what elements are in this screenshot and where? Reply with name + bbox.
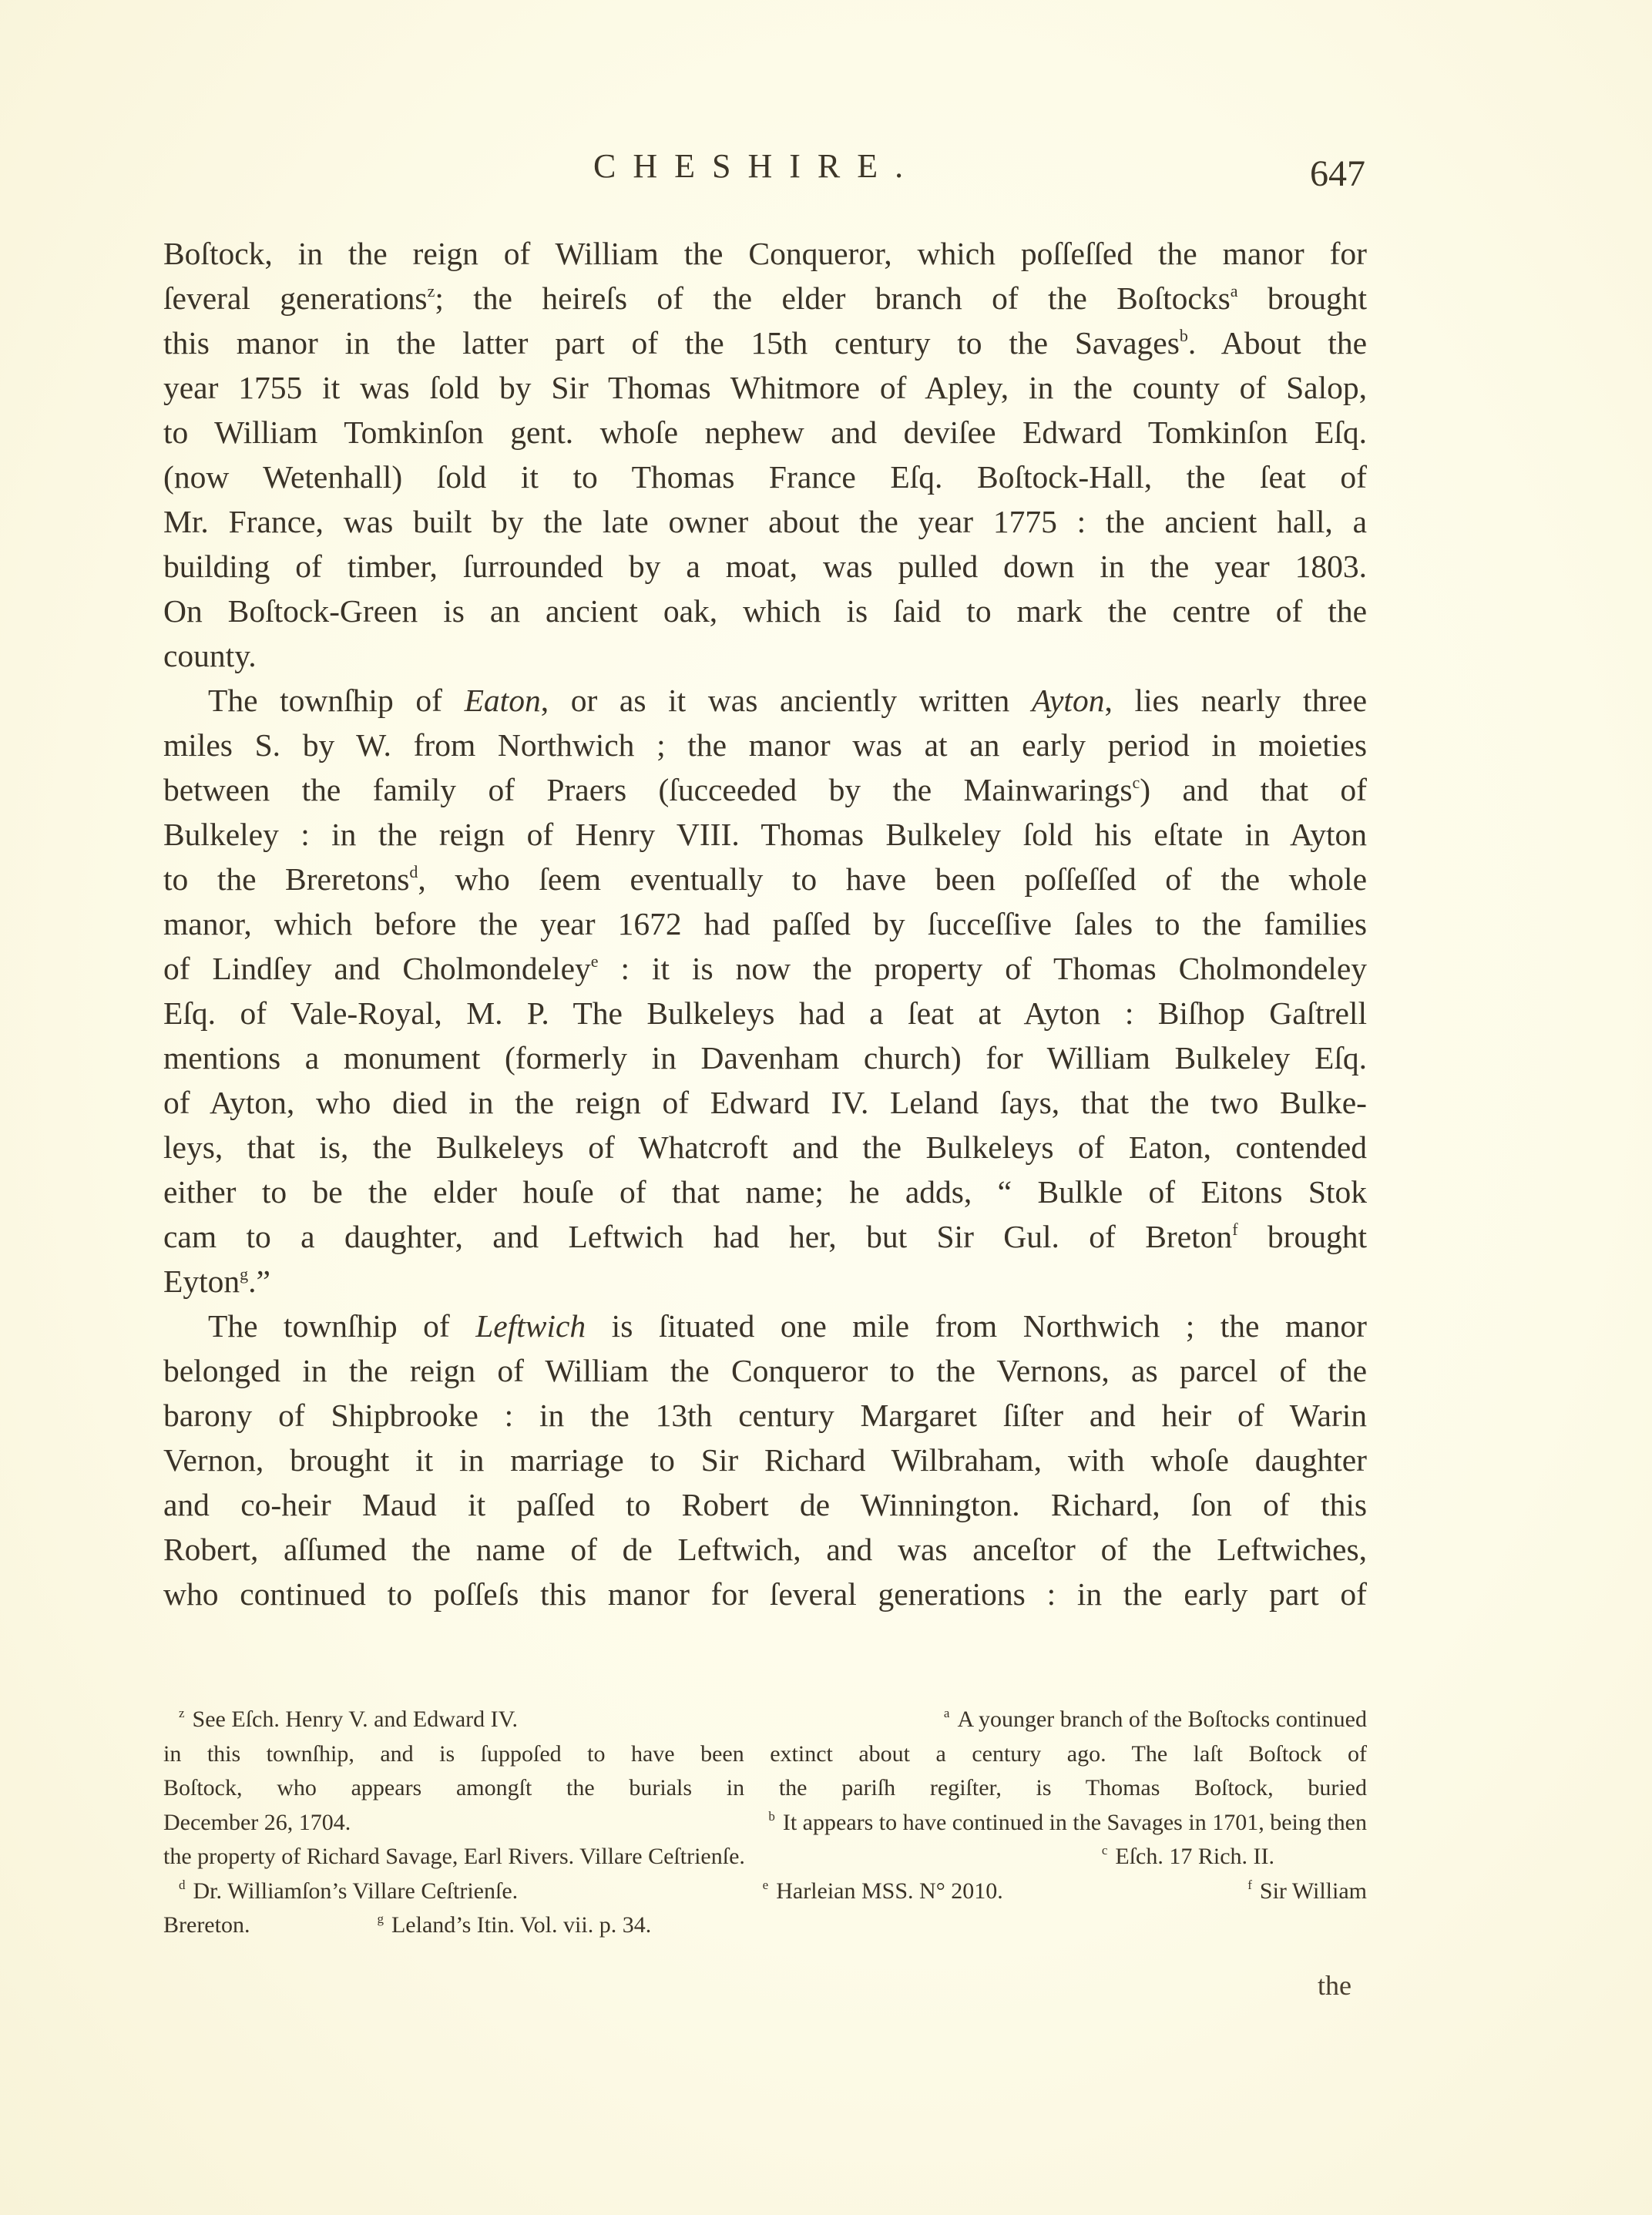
footnote-line: Boſtock, who appears amongſt the burials… — [163, 1771, 1367, 1806]
footnote-marker-b[interactable]: b — [1180, 326, 1188, 345]
paragraph-eaton: The townſhip of Eaton, or as it was anci… — [163, 678, 1367, 1304]
text-line: Bulkeley : in the reign of Henry VIII. T… — [163, 812, 1367, 857]
place-name-eaton: Eaton — [465, 683, 541, 718]
text-line: (now Wetenhall) ſold it to Thomas France… — [163, 455, 1367, 499]
running-title: CHESHIRE. — [593, 146, 920, 186]
text-line: miles S. by W. from Northwich ; the mano… — [163, 723, 1367, 767]
text-line: Eſq. of Vale-Royal, M. P. The Bulkeleys … — [163, 991, 1367, 1035]
footnote-marker-d[interactable]: d — [409, 862, 418, 881]
footnote-line: in this townſhip, and is ſuppoſed to hav… — [163, 1737, 1367, 1772]
footnote-marker-g[interactable]: g — [240, 1264, 248, 1284]
main-text: Boſtock, in the reign of William the Con… — [163, 231, 1367, 1616]
text-line: to the Breretonsd, who ſeem eventually t… — [163, 857, 1367, 901]
text-line: and co-heir Maud it paſſed to Robert de … — [163, 1482, 1367, 1527]
footnote-line: December 26, 1704. bIt appears to have c… — [163, 1806, 1367, 1841]
page-header: CHESHIRE. 647 — [0, 146, 1652, 208]
footnote-marker-a[interactable]: a — [1231, 281, 1238, 300]
book-page: CHESHIRE. 647 Boſtock, in the reign of W… — [0, 0, 1652, 2215]
text-line: Vernon, brought it in marriage to Sir Ri… — [163, 1438, 1367, 1482]
text-line: On Boſtock-Green is an ancient oak, whic… — [163, 589, 1367, 633]
footnote-a: aA younger branch of the Boſtocks contin… — [944, 1703, 1367, 1737]
footnote-line: Brereton. gLeland’s Itin. Vol. vii. p. 3… — [163, 1908, 1367, 1943]
footnote-marker-e[interactable]: e — [591, 951, 599, 971]
text-line: year 1755 it was ſold by Sir Thomas Whit… — [163, 365, 1367, 410]
text-line: leys, that is, the Bulkeleys of Whatcrof… — [163, 1125, 1367, 1170]
footnote-line: dDr. Williamſon’s Villare Ceſtrienſe. eH… — [163, 1874, 1367, 1909]
text-line: between the family of Praers (ſucceeded … — [163, 767, 1367, 812]
footnote-line: the property of Richard Savage, Earl Riv… — [163, 1840, 1367, 1874]
catchword: the — [1318, 1969, 1351, 2002]
footnote-marker-c[interactable]: c — [1133, 773, 1140, 792]
footnote-e: eHarleian MSS. N° 2010. — [763, 1874, 1003, 1909]
footnote-marker-z[interactable]: z — [428, 281, 435, 300]
paragraph-leftwich: The townſhip of Leftwich is ſituated one… — [163, 1304, 1367, 1616]
text-line: Eytong.” — [163, 1259, 1367, 1304]
text-line: barony of Shipbrooke : in the 13th centu… — [163, 1393, 1367, 1438]
place-name-ayton: Ayton — [1032, 683, 1105, 718]
footnote-z: zSee Eſch. Henry V. and Edward IV. — [179, 1703, 518, 1737]
page-number: 647 — [1310, 153, 1365, 195]
text-line: Robert, aſſumed the name of de Leftwich,… — [163, 1527, 1367, 1572]
text-line: The townſhip of Leftwich is ſituated one… — [163, 1304, 1367, 1348]
text-line: either to be the elder houſe of that nam… — [163, 1170, 1367, 1214]
text-line: of Ayton, who died in the reign of Edwar… — [163, 1080, 1367, 1125]
place-name-leftwich: Leftwich — [475, 1308, 586, 1344]
footnote-g: gLeland’s Itin. Vol. vii. p. 34. — [377, 1912, 651, 1938]
footnote-c: cEſch. 17 Rich. II. — [1102, 1840, 1274, 1874]
footnotes: zSee Eſch. Henry V. and Edward IV. aA yo… — [163, 1703, 1367, 1943]
text-line: of Lindſey and Cholmondeleye : it is now… — [163, 946, 1367, 991]
text-line: county. — [163, 633, 1367, 678]
paragraph-bostock: Boſtock, in the reign of William the Con… — [163, 231, 1367, 678]
footnote-line: zSee Eſch. Henry V. and Edward IV. aA yo… — [163, 1703, 1367, 1737]
text-line: Boſtock, in the reign of William the Con… — [163, 231, 1367, 276]
text-line: ſeveral generationsz; the heireſs of the… — [163, 276, 1367, 321]
text-line: Mr. France, was built by the late owner … — [163, 499, 1367, 544]
text-line: to William Tomkinſon gent. whoſe nephew … — [163, 410, 1367, 455]
footnote-marker-f[interactable]: f — [1232, 1220, 1237, 1239]
footnote-b: bIt appears to have continued in the Sav… — [768, 1806, 1367, 1841]
footnote-f: fSir William — [1247, 1874, 1367, 1909]
text-line: this manor in the latter part of the 15t… — [163, 321, 1367, 365]
text-line: cam to a daughter, and Leftwich had her,… — [163, 1214, 1367, 1259]
text-line: mentions a monument (formerly in Davenha… — [163, 1035, 1367, 1080]
text-line: manor, which before the year 1672 had pa… — [163, 901, 1367, 946]
text-line: The townſhip of Eaton, or as it was anci… — [163, 678, 1367, 723]
text-line: who continued to poſſeſs this manor for … — [163, 1572, 1367, 1616]
text-line: building of timber, ſurrounded by a moat… — [163, 544, 1367, 589]
footnote-d: dDr. Williamſon’s Villare Ceſtrienſe. — [179, 1874, 518, 1909]
text-line: belonged in the reign of William the Con… — [163, 1348, 1367, 1393]
